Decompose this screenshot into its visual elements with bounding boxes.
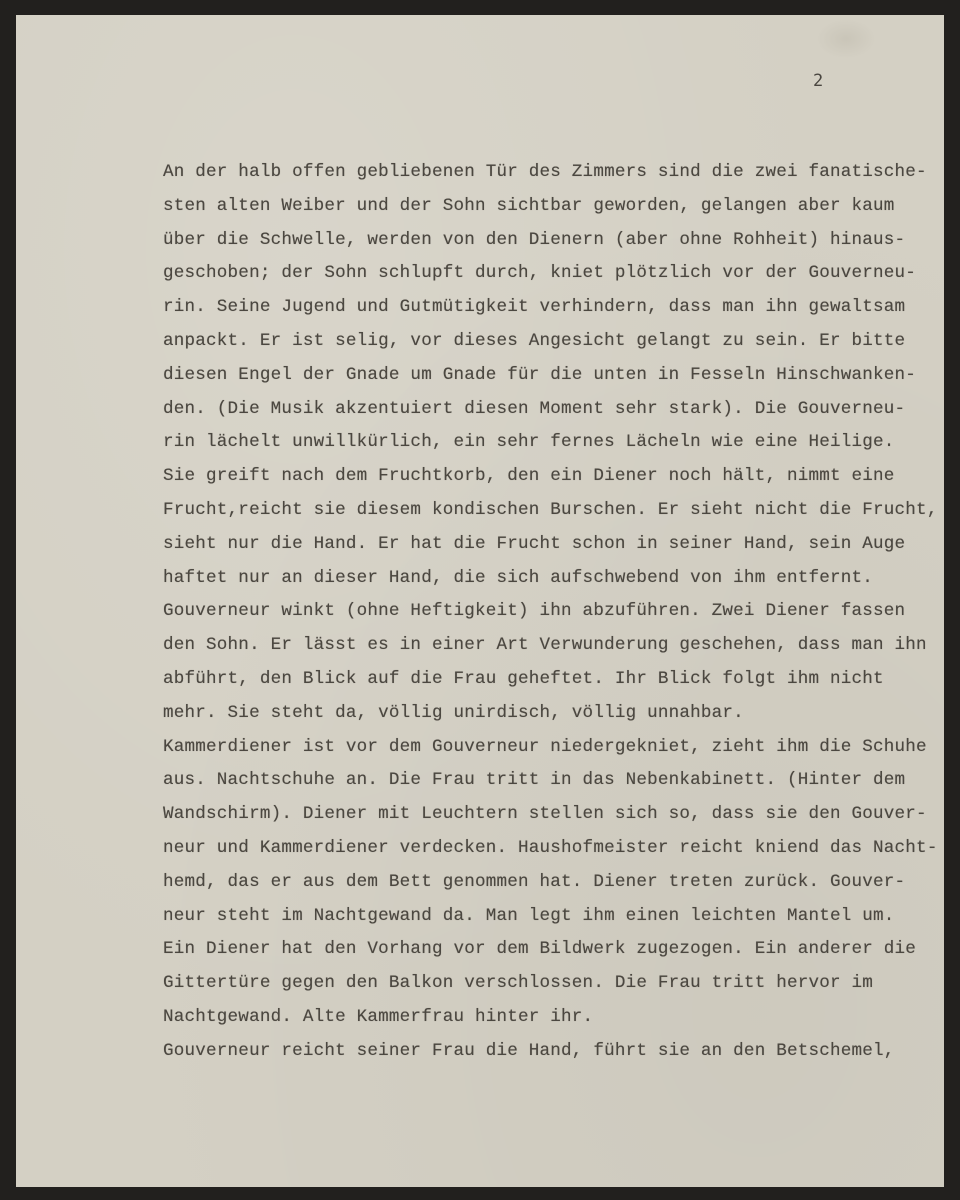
body-text: An der halb offen gebliebenen Tür des Zi… [163, 156, 943, 1069]
typewritten-page: 2 An der halb offen gebliebenen Tür des … [16, 15, 944, 1187]
text-line: Gittertüre gegen den Balkon verschlossen… [163, 967, 943, 1001]
text-line: diesen Engel der Gnade um Gnade für die … [163, 359, 943, 393]
paper-smudge [816, 19, 876, 59]
text-line: Gouverneur reicht seiner Frau die Hand, … [163, 1035, 943, 1069]
text-line: rin. Seine Jugend und Gutmütigkeit verhi… [163, 291, 943, 325]
text-line: Gouverneur winkt (ohne Heftigkeit) ihn a… [163, 595, 943, 629]
text-line: anpackt. Er ist selig, vor dieses Angesi… [163, 325, 943, 359]
text-line: abführt, den Blick auf die Frau geheftet… [163, 663, 943, 697]
text-line: geschoben; der Sohn schlupft durch, knie… [163, 257, 943, 291]
text-line: Ein Diener hat den Vorhang vor dem Bildw… [163, 933, 943, 967]
text-line: haftet nur an dieser Hand, die sich aufs… [163, 562, 943, 596]
scanned-document: 2 An der halb offen gebliebenen Tür des … [0, 0, 960, 1200]
text-line: aus. Nachtschuhe an. Die Frau tritt in d… [163, 764, 943, 798]
page-number: 2 [813, 71, 823, 91]
text-line: sieht nur die Hand. Er hat die Frucht sc… [163, 528, 943, 562]
text-line: mehr. Sie steht da, völlig unirdisch, vö… [163, 697, 943, 731]
text-line: neur und Kammerdiener verdecken. Haushof… [163, 832, 943, 866]
text-line: rin lächelt unwillkürlich, ein sehr fern… [163, 426, 943, 460]
text-line: hemd, das er aus dem Bett genommen hat. … [163, 866, 943, 900]
text-line: sten alten Weiber und der Sohn sichtbar … [163, 190, 943, 224]
text-line: Sie greift nach dem Fruchtkorb, den ein … [163, 460, 943, 494]
text-line: Wandschirm). Diener mit Leuchtern stelle… [163, 798, 943, 832]
text-line: Kammerdiener ist vor dem Gouverneur nied… [163, 731, 943, 765]
text-line: neur steht im Nachtgewand da. Man legt i… [163, 900, 943, 934]
text-line: über die Schwelle, werden von den Diener… [163, 224, 943, 258]
text-line: den Sohn. Er lässt es in einer Art Verwu… [163, 629, 943, 663]
text-line: An der halb offen gebliebenen Tür des Zi… [163, 156, 943, 190]
text-line: den. (Die Musik akzentuiert diesen Momen… [163, 393, 943, 427]
text-line: Frucht,reicht sie diesem kondischen Burs… [163, 494, 943, 528]
text-line: Nachtgewand. Alte Kammerfrau hinter ihr. [163, 1001, 943, 1035]
